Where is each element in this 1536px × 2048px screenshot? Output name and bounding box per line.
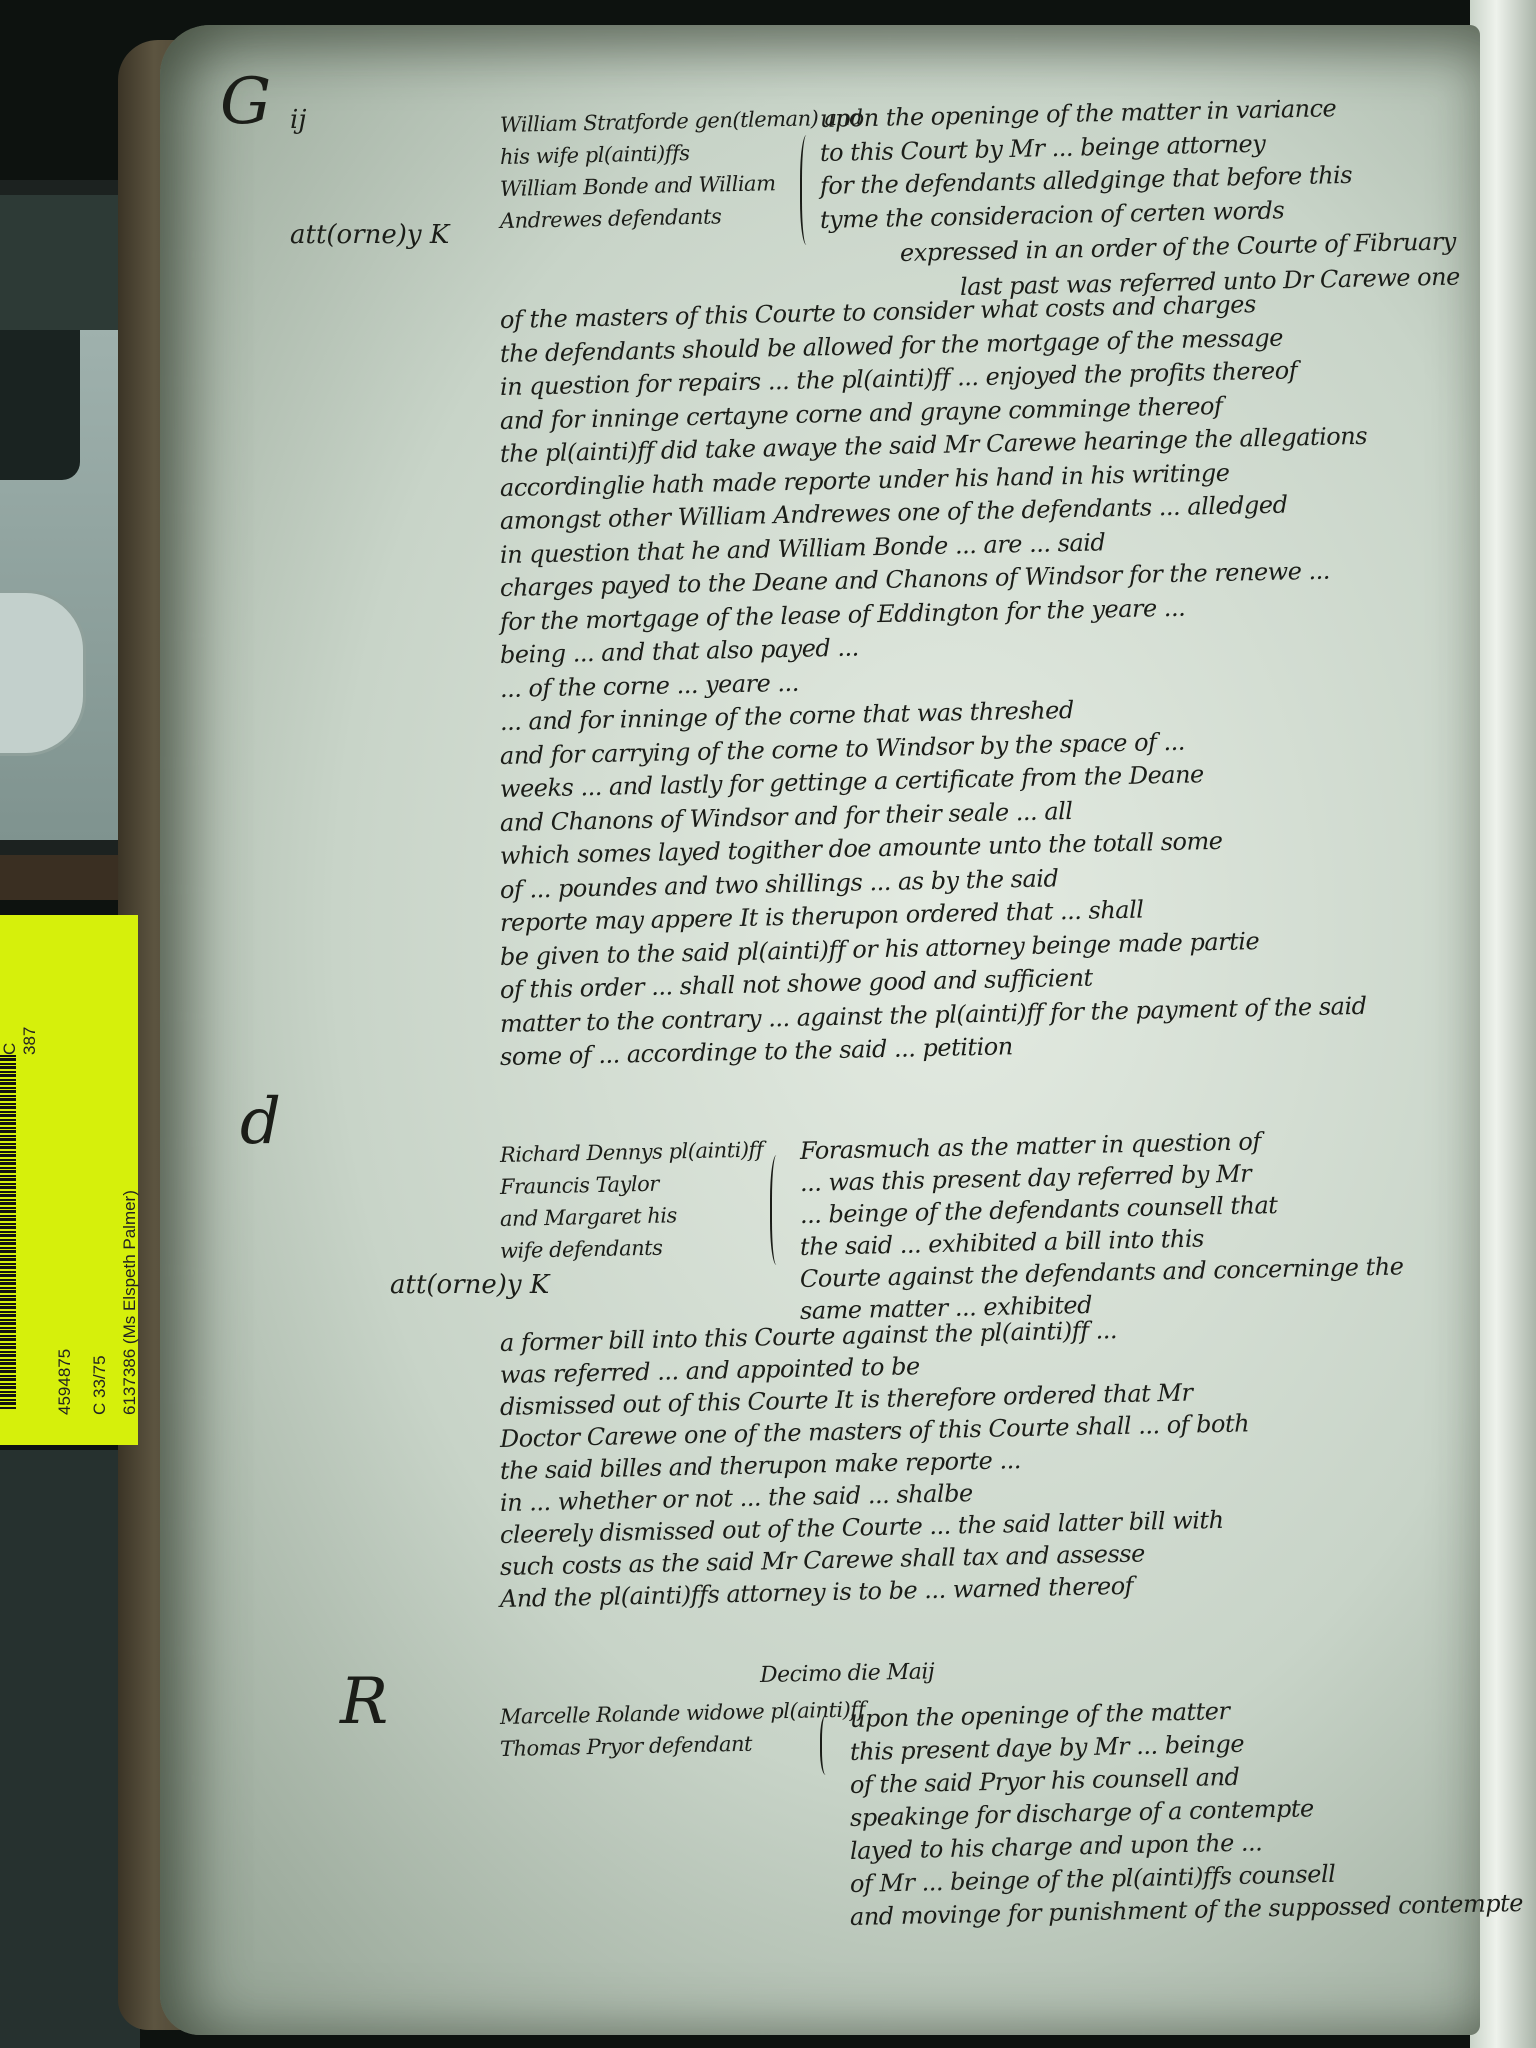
party-line: William Stratforde gen(tleman) and xyxy=(500,105,863,137)
date-heading: Decimo die Maij xyxy=(760,1659,935,1688)
label-credit: 6137386 (Ms Elspeth Palmer) xyxy=(120,1190,140,1415)
party-line: wife defendants xyxy=(500,1236,663,1263)
party-line: Richard Dennys pl(ainti)ff xyxy=(500,1137,764,1167)
manuscript-line: tyme the consideracion of certen words xyxy=(820,196,1285,234)
margin-note-attorney: att(orne)y K xyxy=(390,1270,549,1300)
margin-flourish: G xyxy=(220,65,271,139)
manuscript-line: upon the openinge of the matter in varia… xyxy=(820,94,1337,133)
manuscript-line: to this Court by Mr ... beinge attorney xyxy=(820,129,1266,166)
bracket xyxy=(800,135,816,245)
margin-flourish: d xyxy=(240,1085,281,1159)
manuscript-line: some of ... accordinge to the said ... p… xyxy=(500,1032,1013,1071)
manuscript-line: in ... whether or not ... the said ... s… xyxy=(500,1479,973,1517)
manuscript-line: and Chanons of Windsor and for their sea… xyxy=(500,797,1073,837)
manuscript-line: upon the openinge of the matter xyxy=(850,1697,1230,1733)
barcode xyxy=(0,1055,16,1410)
label-item-id: 4594875 xyxy=(55,1349,75,1415)
manuscript-line: this present daye by Mr ... beinge xyxy=(850,1730,1245,1766)
background-block xyxy=(0,330,80,480)
manuscript-line: of the said Pryor his counsell and xyxy=(850,1763,1240,1799)
manuscript-line: expressed in an order of the Courte of F… xyxy=(900,227,1456,267)
manuscript-line: ... and for inninge of the corne that wa… xyxy=(500,696,1074,736)
party-line: Thomas Pryor defendant xyxy=(500,1732,752,1761)
margin-mark: ij xyxy=(290,105,306,135)
party-line: Andrewes defendants xyxy=(500,204,722,233)
manuscript-line: was referred ... and appointed to be xyxy=(500,1352,920,1389)
margin-note-R: R xyxy=(340,1665,388,1739)
manuscript-line: of this order ... shall not showe good a… xyxy=(500,964,1093,1004)
margin-note-attorney: att(orne)y K xyxy=(290,220,449,250)
label-top-char: C xyxy=(0,1043,20,1055)
manuscript-line: a former bill into this Courte against t… xyxy=(500,1316,1118,1357)
bracket xyxy=(770,1155,786,1265)
manuscript-line: ... beinge of the defendants counsell th… xyxy=(800,1191,1278,1229)
manuscript-line: ... of the corne ... yeare ... xyxy=(500,668,799,702)
manuscript-page: G ij att(orne)y K William Stratforde gen… xyxy=(160,25,1480,2035)
party-line: his wife pl(ainti)ffs xyxy=(500,141,690,169)
party-line: Frauncis Taylor xyxy=(500,1172,659,1199)
manuscript-line: for the defendants alledginge that befor… xyxy=(820,161,1353,200)
manuscript-line: the said ... exhibited a bill into this xyxy=(800,1225,1204,1261)
party-line: and Margaret his xyxy=(500,1203,677,1231)
label-reference: C 33/75 xyxy=(90,1355,110,1415)
manuscript-line: layed to his charge and upon the ... xyxy=(850,1828,1263,1865)
party-line: William Bonde and William xyxy=(500,171,776,201)
party-line: Marcelle Rolande widowe pl(ainti)ff xyxy=(500,1697,865,1729)
archive-label: C 387 4594875 C 33/75 6137386 (Ms Elspet… xyxy=(0,915,138,1445)
manuscript-line: Forasmuch as the matter in question of xyxy=(800,1127,1261,1165)
manuscript-line: of Mr ... beinge of the pl(ainti)ffs cou… xyxy=(850,1860,1336,1898)
manuscript-line: ... was this present day referred by Mr xyxy=(800,1160,1252,1197)
manuscript-line: speakinge for discharge of a contempte xyxy=(850,1794,1314,1832)
label-page-number: 387 xyxy=(20,1027,40,1055)
bracket xyxy=(820,1715,834,1775)
manuscript-line: of ... poundes and two shillings ... as … xyxy=(500,864,1059,904)
background-dish xyxy=(0,590,86,756)
manuscript-line: being ... and that also payed ... xyxy=(500,633,859,669)
